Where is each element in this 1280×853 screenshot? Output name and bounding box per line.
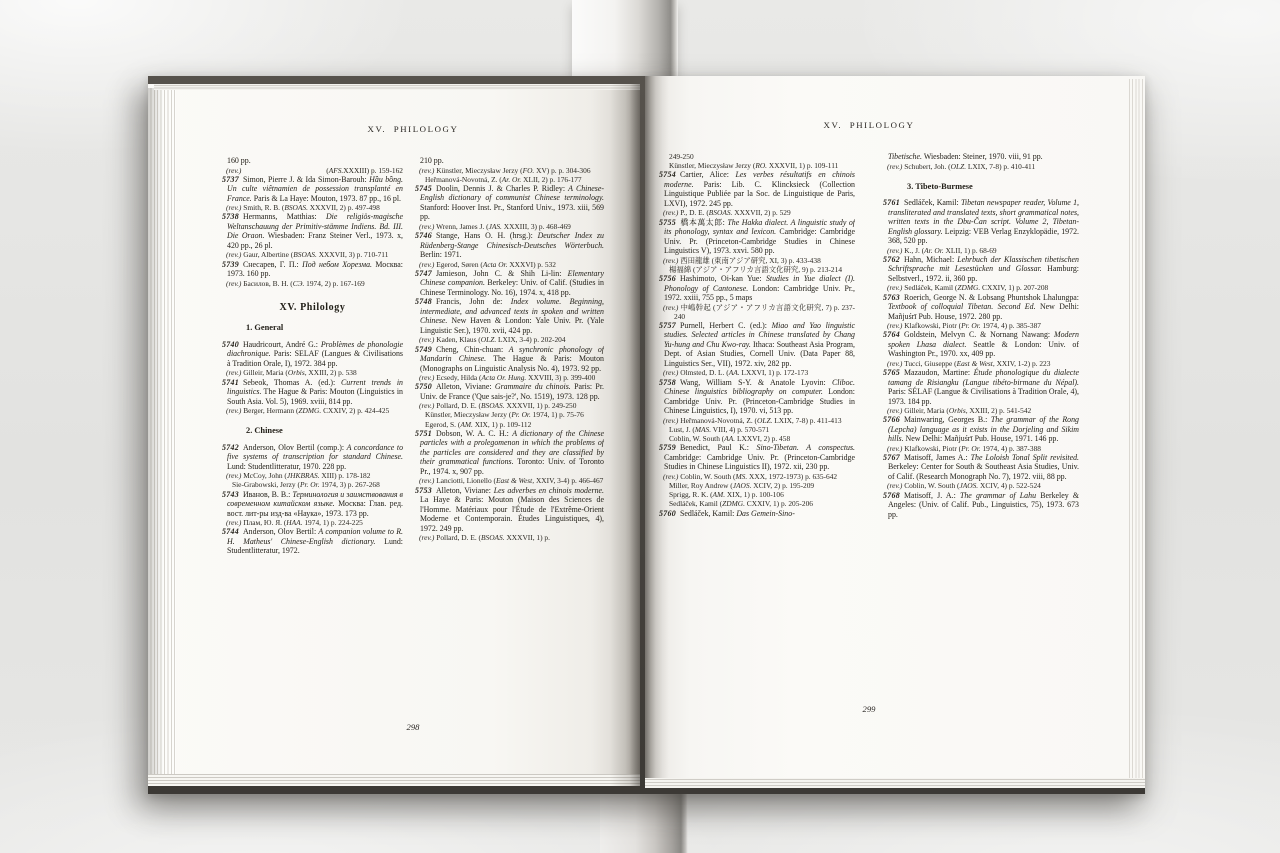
bib-entry-5743: 5743Иванов, В. В.: Терминология и заимст…: [222, 490, 403, 519]
bib-entry-5756: 5756Hashimoto, Oi-kan Yue: Studies in Yu…: [659, 274, 855, 303]
review-line: 楊福綿 (アジア・アフリカ言語文化研究, 9) p. 213-214: [659, 265, 855, 274]
review-line: (rev.) Coblin, W. South (JAOS. XCIV, 4) …: [883, 481, 1079, 490]
bib-entry-5757: 5757Purnell, Herbert C. (ed.): Miao and …: [659, 321, 855, 369]
entry-number: 5768: [883, 491, 904, 500]
bib-entry-5751: 5751Dobson, W. A. C. H.: A dictionary of…: [415, 429, 604, 477]
review-line: (rev.) Pollard, D. E. (BSOAS. XXXVII, 1)…: [415, 401, 604, 410]
entry-number: 5761: [883, 198, 904, 207]
review-line: Sprigg, R. K. (AM. XIX, 1) p. 100-106: [659, 490, 855, 499]
entry-number: 5748: [415, 297, 436, 306]
bib-entry-5749: 5749Cheng, Chin-chuan: A synchronic phon…: [415, 345, 604, 374]
review-line: Sedláček, Kamil (ZDMG. CXXIV, 1) p. 205-…: [659, 499, 855, 508]
review-line: (rev.) Coblin, W. South (MS. XXX, 1972-1…: [659, 472, 855, 481]
bib-entry-5738: 5738Hermanns, Matthias: Die religiös-mag…: [222, 212, 403, 250]
right-page-column-2: Tibetische. Wiesbaden: Steiner, 1970. vi…: [883, 152, 1079, 694]
continuation-line: 210 pp.: [415, 156, 604, 166]
bib-entry-5766: 5766Mainwaring, Georges B.: The grammar …: [883, 415, 1079, 444]
book-stand-top: [572, 0, 678, 80]
bib-entry-5760: 5760Sedláček, Kamil: Das Gemein-Sino-: [659, 509, 855, 519]
bib-entry-5740: 5740Haudricourt, André G.: Problèmes de …: [222, 340, 403, 369]
review-line: (rev.) Gilleir, Maria (Orbis, XXIII, 2) …: [883, 406, 1079, 415]
section-heading: XV. Philology: [222, 303, 403, 313]
review-line: 249-250: [659, 152, 855, 161]
entry-number: 5766: [883, 415, 904, 424]
review-line: (rev.) 中嶋幹起 (アジア・アフリカ言語文化研究, 7) p. 237-2…: [659, 303, 855, 321]
entry-number: 5739: [222, 260, 243, 269]
review-line: (rev.) Gilleir, Maria (Orbis, XXIII, 2) …: [222, 368, 403, 377]
review-line: (rev.) Klafkowski, Piotr (Pr. Or. 1974, …: [883, 444, 1079, 453]
bib-entry-5742: 5742Anderson, Olov Bertil (comp.): A con…: [222, 443, 403, 472]
entry-number: 5754: [659, 170, 680, 179]
bib-entry-5747: 5747Jamieson, John C. & Shih Li-lin: Ele…: [415, 269, 604, 298]
entry-number: 5744: [222, 527, 243, 536]
bib-entry-5755: 5755橋本萬太郎: The Hakka dialect. A linguist…: [659, 218, 855, 256]
entry-number: 5757: [659, 321, 680, 330]
section-heading: 2. Chinese: [222, 426, 403, 436]
review-line: (rev.) Tucci, Giuseppe (East & West, XXI…: [883, 359, 1079, 368]
bib-entry-5767: 5767Matisoff, James A.: The Loloish Tona…: [883, 453, 1079, 482]
entry-number: 5742: [222, 443, 243, 452]
review-line: (rev.) Smith, R. B. (BSOAS. XXXVII, 2) p…: [222, 203, 403, 212]
entry-number: 5753: [415, 486, 436, 495]
entry-number: 5745: [415, 184, 436, 193]
review-line: (rev.) Wrenn, James J. (JAS. XXXIII, 3) …: [415, 222, 604, 231]
continuation-line: Tibetische. Wiesbaden: Steiner, 1970. vi…: [883, 152, 1079, 162]
page-edge-stack-right: [1129, 79, 1145, 782]
bib-entry-5750: 5750Alleton, Viviane: Grammaire du chino…: [415, 382, 604, 401]
continuation-line: 160 pp.: [222, 156, 403, 166]
review-line: (rev.) Lanciotti, Lionello (East & West,…: [415, 476, 604, 485]
entry-number: 5755: [659, 218, 680, 227]
entry-number: 5759: [659, 443, 680, 452]
bib-entry-5764: 5764Goldstein, Melvyn C. & Nornang Nawan…: [883, 330, 1079, 359]
entry-number: 5764: [883, 330, 904, 339]
right-page-column-1: 249-250Künstler, Mieczysław Jerzy (RO. X…: [659, 152, 855, 694]
entry-number: 5756: [659, 274, 680, 283]
entry-number: 5762: [883, 255, 904, 264]
review-line: (rev.) Gaur, Albertine (BSOAS. XXXVII, 3…: [222, 250, 403, 259]
bib-entry-5737: 5737Simon, Pierre J. & Ida Simon-Barouh:…: [222, 175, 403, 204]
review-line: (rev.) Heřmanová-Novotná, Z. (OLZ. LXIX,…: [659, 416, 855, 425]
page-number-right: 299: [659, 704, 1079, 714]
entry-number: 5746: [415, 231, 436, 240]
entry-number: 5765: [883, 368, 904, 377]
page-left: XV. PHILOLOGY 160 pp.(rev.)(AFS. XXXIII)…: [148, 84, 640, 786]
review-line: (rev.)(AFS. XXXIII) p. 159-162: [222, 166, 403, 175]
bib-entry-5744: 5744Anderson, Olov Bertil: A companion v…: [222, 527, 403, 556]
open-book: XV. PHILOLOGY 160 pp.(rev.)(AFS. XXXIII)…: [148, 76, 1145, 794]
bib-entry-5745: 5745Doolin, Dennis J. & Charles P. Ridle…: [415, 184, 604, 222]
entry-number: 5767: [883, 453, 904, 462]
page-number-left: 298: [222, 722, 604, 732]
running-head-right: XV. PHILOLOGY: [659, 120, 1079, 130]
review-line: (rev.) Sedláček, Kamil (ZDMG. CXXIV, 1) …: [883, 283, 1079, 292]
left-page-column-2: 210 pp.(rev.) Künstler, Mieczysław Jerzy…: [415, 156, 604, 712]
entry-number: 5741: [222, 378, 243, 387]
page-edge-stack-bottom-right: [645, 778, 1145, 788]
bib-entry-5763: 5763Roerich, George N. & Lobsang Phuntsh…: [883, 293, 1079, 322]
page-edge-stack-top: [154, 84, 640, 90]
entry-number: 5749: [415, 345, 436, 354]
review-line: (rev.) 西田龍雄 (東南アジア研究, XI, 3) p. 433-438: [659, 256, 855, 265]
page-edge-stack-left: [148, 88, 176, 778]
review-line: (rev.) Klafkowski, Piotr (Pr. Or. 1974, …: [883, 321, 1079, 330]
left-page-column-1: 160 pp.(rev.)(AFS. XXXIII) p. 159-162573…: [222, 156, 403, 712]
review-line: (rev.) Kaden, Klaus (OLZ. LXIX, 3-4) p. …: [415, 335, 604, 344]
review-line: (rev.) Olmsted, D. L. (AA. LXXVI, 1) p. …: [659, 368, 855, 377]
review-line: (rev.) Egerod, Søren (Acta Or. XXXVI) p.…: [415, 260, 604, 269]
entry-number: 5738: [222, 212, 243, 221]
bib-entry-5768: 5768Matisoff, J. A.: The grammar of Lahu…: [883, 491, 1079, 520]
bib-entry-5762: 5762Hahn, Michael: Lehrbuch der Klassisc…: [883, 255, 1079, 284]
review-line: (rev.) Басилов, В. Н. (СЭ. 1974, 2) p. 1…: [222, 279, 403, 288]
review-line: (rev.) McCoy, John (JHKBRAS. XIII) p. 17…: [222, 471, 403, 480]
review-line: Miller, Roy Andrew (JAOS. XCIV, 2) p. 19…: [659, 481, 855, 490]
review-line: (rev.) Pollard, D. E. (BSOAS. XXXVII, 1)…: [415, 533, 604, 542]
bib-entry-5739: 5739Снесарев, Г. П.: Под небом Хорезма. …: [222, 260, 403, 279]
bib-entry-5759: 5759Benedict, Paul K.: Sino-Tibetan. A c…: [659, 443, 855, 472]
left-page-columns: 160 pp.(rev.)(AFS. XXXIII) p. 159-162573…: [222, 156, 604, 712]
review-line: (rev.) Künstler, Mieczysław Jerzy (FO. X…: [415, 166, 604, 175]
entry-number: 5760: [659, 509, 680, 518]
review-line: Künstler, Mieczysław Jerzy (Pr. Or. 1974…: [415, 410, 604, 419]
review-line: Heřmanová-Novotná, Z. (Ar. Or. XLII, 2) …: [415, 175, 604, 184]
bib-entry-5748: 5748Francis, John de: Index volume. Begi…: [415, 297, 604, 335]
entry-number: 5737: [222, 175, 243, 184]
review-line: (rev.) K., J. (Ar. Or. XLII, 1) p. 68-69: [883, 246, 1079, 255]
review-line: Sie-Grabowski, Jerzy (Pr. Or. 1974, 3) p…: [222, 480, 403, 489]
review-line: (rev.) Schubert, Joh. (OLZ. LXIX, 7-8) p…: [883, 162, 1079, 171]
review-line: (rev.) Ecsedy, Hilda (Acta Or. Hung. XXV…: [415, 373, 604, 382]
review-line: Lust, J. (MAS. VIII, 4) p. 570-571: [659, 425, 855, 434]
bib-entry-5741: 5741Sebeok, Thomas A. (ed.): Current tre…: [222, 378, 403, 407]
page-right: XV. PHILOLOGY 249-250Künstler, Mieczysła…: [645, 76, 1145, 788]
entry-number: 5747: [415, 269, 436, 278]
right-page-textblock: XV. PHILOLOGY 249-250Künstler, Mieczysła…: [659, 120, 1079, 714]
bib-entry-5746: 5746Stange, Hans O. H. (hrsg.): Deutsche…: [415, 231, 604, 260]
entry-number: 5758: [659, 378, 680, 387]
entry-number: 5743: [222, 490, 243, 499]
review-line: Coblin, W. South (AA. LXXVI, 2) p. 458: [659, 434, 855, 443]
entry-number: 5751: [415, 429, 436, 438]
section-heading: 1. General: [222, 323, 403, 333]
section-heading: 3. Tibeto-Burmese: [883, 182, 1079, 192]
page-edge-stack-bottom: [148, 774, 640, 786]
bib-entry-5754: 5754Cartier, Alice: Les verbes résultati…: [659, 170, 855, 208]
review-line: Künstler, Mieczysław Jerzy (RO. XXXVII, …: [659, 161, 855, 170]
photo-backdrop: XV. PHILOLOGY 160 pp.(rev.)(AFS. XXXIII)…: [0, 0, 1280, 853]
review-line: Egerod, S. (AM. XIX, 1) p. 109-112: [415, 420, 604, 429]
entry-number: 5750: [415, 382, 436, 391]
right-page-columns: 249-250Künstler, Mieczysław Jerzy (RO. X…: [659, 152, 1079, 694]
review-line: (rev.) P., D. E. (BSOAS. XXXVII, 2) p. 5…: [659, 208, 855, 217]
review-line: (rev.) Плам, Ю. Я. (НАА. 1974, 1) p. 224…: [222, 518, 403, 527]
entry-number: 5763: [883, 293, 904, 302]
bib-entry-5765: 5765Mazaudon, Martine: Étude phonologiqu…: [883, 368, 1079, 406]
bib-entry-5758: 5758Wang, William S-Y. & Anatole Lyovin:…: [659, 378, 855, 416]
review-line: (rev.) Berger, Hermann (ZDMG. CXXIV, 2) …: [222, 406, 403, 415]
bib-entry-5761: 5761Sedláček, Kamil: Tibetan newspaper r…: [883, 198, 1079, 246]
running-head-left: XV. PHILOLOGY: [222, 124, 604, 134]
bib-entry-5753: 5753Alleton, Viviane: Les adverbes en ch…: [415, 486, 604, 534]
entry-number: 5740: [222, 340, 243, 349]
left-page-textblock: XV. PHILOLOGY 160 pp.(rev.)(AFS. XXXIII)…: [222, 124, 604, 732]
